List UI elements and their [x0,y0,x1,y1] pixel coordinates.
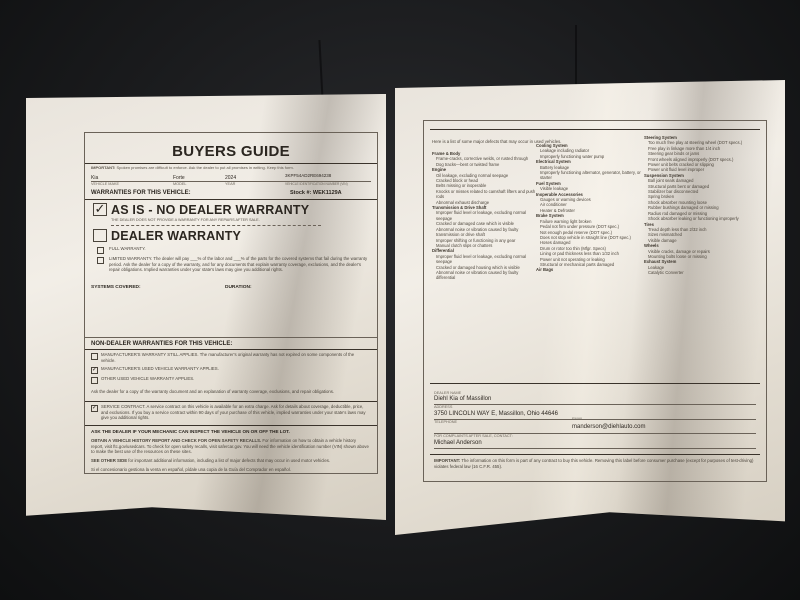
mechanic-inspection-text: ASK THE DEALER IF YOUR MECHANIC CAN INSP… [91,429,290,435]
ask-copy-text: Ask the dealer for a copy of the warrant… [91,389,369,395]
form-frame: Here is a list of some major defects tha… [423,120,767,482]
systems-covered-label: SYSTEMS COVERED: [91,285,141,290]
divider [430,129,760,130]
complaints-contact: Michael Anderson [434,440,482,446]
divider [434,448,756,449]
address-label: ADDRESS [434,405,452,409]
defect-item: Improper fluid level or leakage, excludi… [432,254,537,265]
spanish-notice: Si el concesionario gestiona la venta en… [91,467,369,473]
model-label: MODEL [173,182,187,186]
divider [85,349,377,350]
service-contract-text: SERVICE CONTRACT. A service contract on … [101,404,369,421]
limited-warranty-checkbox[interactable] [97,257,104,264]
stock-number: Stock #: WEK1129A [290,190,342,196]
non-dealer-checkbox[interactable] [91,377,98,384]
divider [85,337,377,338]
defects-column-1: Frame & BodyFrame-cracks, corrective wel… [432,151,537,281]
dashed-divider [111,225,321,226]
defect-item: Abnormal noise or vibration caused by fa… [432,270,537,281]
defect-item: Abnormal noise or vibration caused by fa… [432,227,537,238]
non-dealer-item-text: OTHER USED VEHICLE WARRANTY APPLIES. [101,376,369,382]
dealer-email: manderson@diehlauto.com [572,424,645,430]
divider [430,383,760,384]
service-contract-checkbox[interactable]: ✓ [91,405,98,412]
buyers-guide-back-page: Here is a list of some major defects tha… [395,80,785,535]
seat-seam [318,40,323,100]
divider [85,199,377,200]
important-notice: IMPORTANT: Spoken promises are difficult… [91,165,377,171]
non-dealer-item-text: MANUFACTURER'S WARRANTY STILL APPLIES. T… [101,352,369,363]
defect-item: Knocks or misses related to camshaft lif… [432,189,537,200]
divider [85,163,377,164]
important-back-notice: IMPORTANT: The information on this form … [434,458,756,469]
divider [434,404,756,405]
non-dealer-item-text: MANUFACTURER'S USED VEHICLE WARRANTY APP… [101,366,369,372]
dealer-warranty-checkbox[interactable] [93,229,107,242]
defects-column-3: Steering SystemToo much free play at ste… [644,135,754,276]
defect-item: Catalytic Converter [644,270,754,275]
see-other-side-text: SEE OTHER SIDE for important additional … [91,458,369,464]
complaints-label: FOR COMPLAINTS AFTER SALE, CONTACT: [434,434,513,438]
email-label: EMAIL [572,417,583,421]
limited-warranty-text: LIMITED WARRANTY. The dealer will pay __… [109,256,369,273]
buyers-guide-front-page: BUYERS GUIDE IMPORTANT: Spoken promises … [26,94,386,520]
divider [434,419,756,420]
warranties-heading: WARRANTIES FOR THIS VEHICLE: [91,190,191,196]
vin-label: VEHICLE IDENTIFICATION NUMBER (VIN) [285,182,348,186]
defect-category: Air Bags [536,267,641,272]
vehicle-vin: 3KPF54AD2RE694238 [285,173,331,178]
divider [430,454,760,455]
as-is-subtext: THE DEALER DOES NOT PROVIDE A WARRANTY F… [111,218,260,224]
divider [85,401,377,402]
defects-column-2: Cooling SystemLeakage including radiator… [536,143,641,273]
history-report-text: OBTAIN A VEHICLE HISTORY REPORT AND CHEC… [91,438,369,455]
defect-item: Improperly functioning alternator, gener… [536,170,641,181]
telephone-label: TELEPHONE [434,420,457,424]
duration-label: DURATION: [225,285,252,290]
dealer-address: 3750 LINCOLN WAY E, Massillon, Ohio 4464… [434,411,558,417]
non-dealer-checkbox[interactable]: ✓ [91,367,98,374]
defect-item: Shock absorber leaking or functioning im… [644,216,754,221]
non-dealer-heading: NON-DEALER WARRANTIES FOR THIS VEHICLE: [91,341,232,347]
form-frame: BUYERS GUIDE IMPORTANT: Spoken promises … [84,132,378,474]
make-label: VEHICLE MAKE [91,182,119,186]
defect-item: Improper fluid level or leakage, excludi… [432,210,537,221]
year-label: YEAR [225,182,235,186]
dealer-warranty-label: DEALER WARRANTY [111,229,241,243]
dealer-name-label: DEALER NAME [434,391,461,395]
as-is-checkbox[interactable]: ✓ [93,203,107,216]
full-warranty-checkbox[interactable] [97,247,104,254]
as-is-label: AS IS - NO DEALER WARRANTY [111,203,309,217]
divider [85,425,377,426]
form-title: BUYERS GUIDE [85,143,377,160]
full-warranty-label: FULL WARRANTY. [109,246,146,252]
dealer-name: Diehl Kia of Massillon [434,396,491,402]
non-dealer-checkbox[interactable] [91,353,98,360]
